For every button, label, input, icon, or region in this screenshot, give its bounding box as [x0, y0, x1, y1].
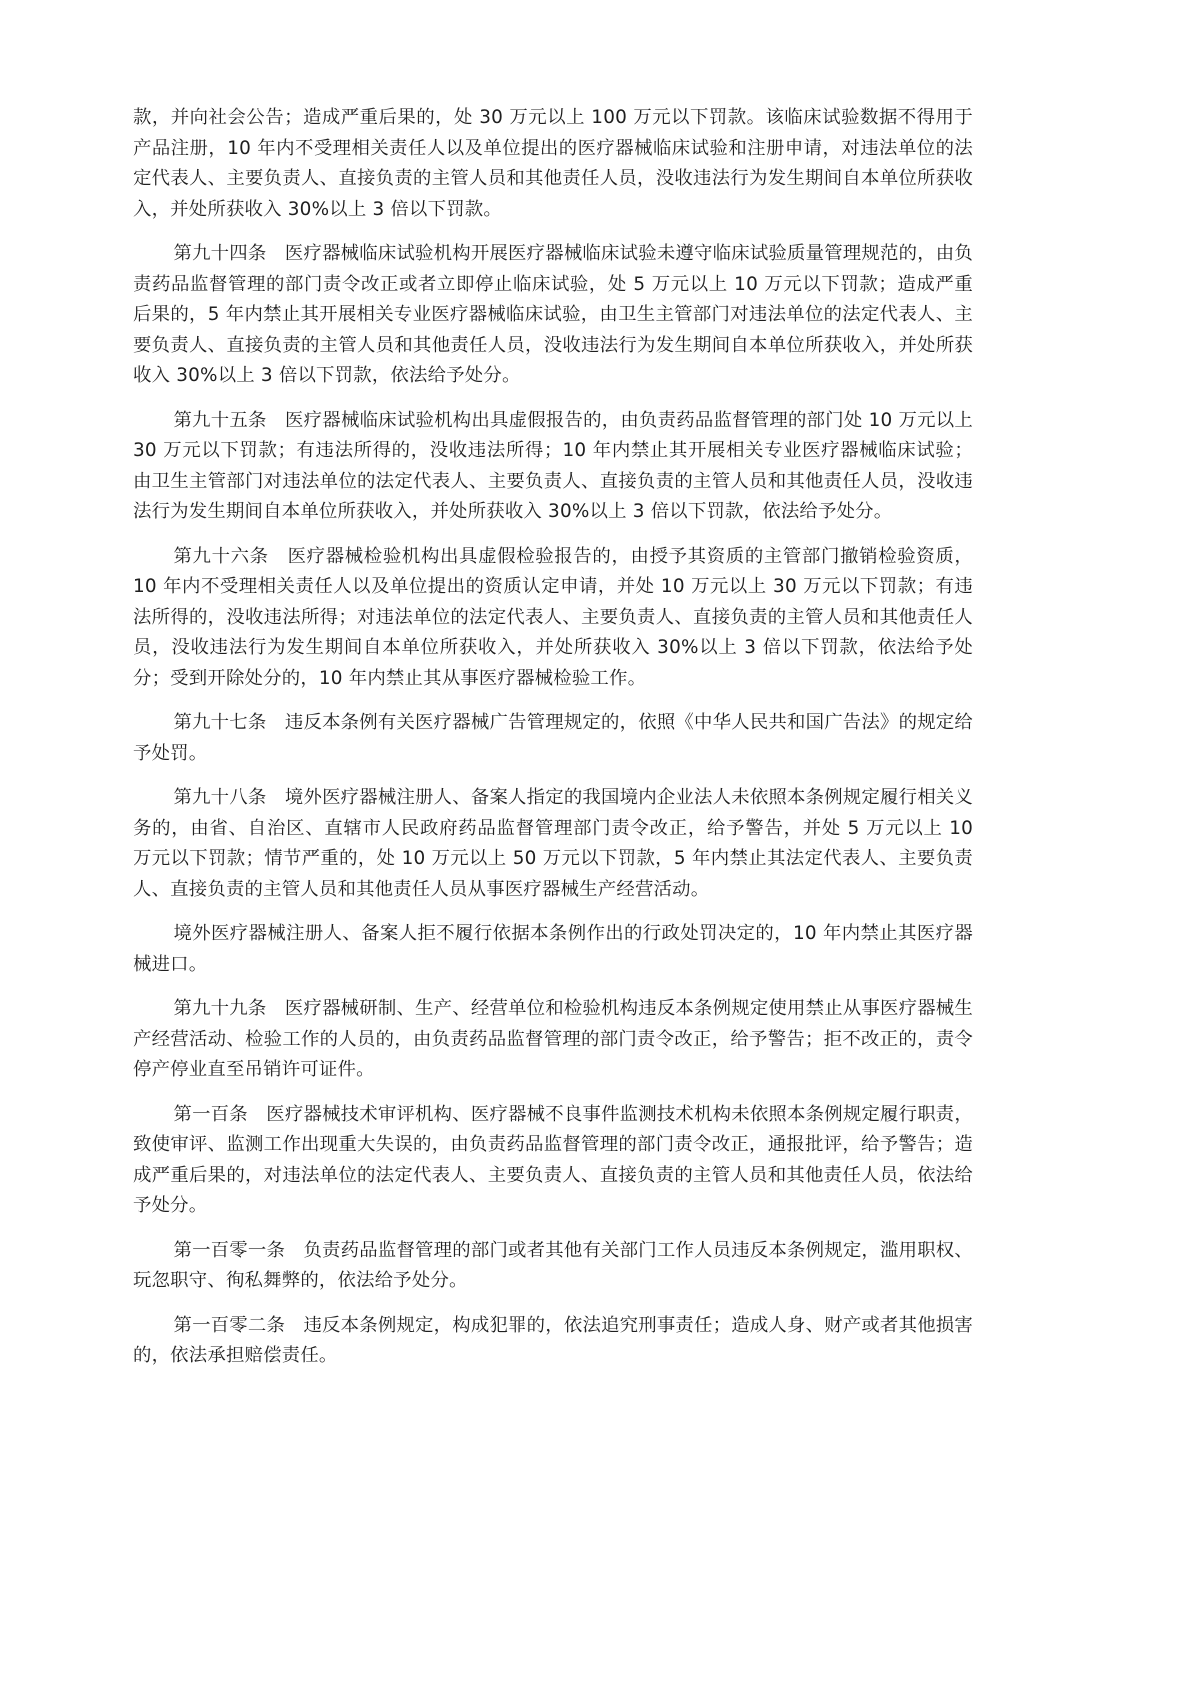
article-97: 第九十七条违反本条例有关医疗器械广告管理规定的，依照《中华人民共和国广告法》的规…: [133, 708, 973, 769]
paragraph-text: 医疗器械临床试验机构开展医疗器械临床试验未遵守临床试验质量管理规范的，由负责药品…: [133, 243, 973, 386]
article-100: 第一百条医疗器械技术审评机构、医疗器械不良事件监测技术机构未依照本条例规定履行职…: [133, 1100, 973, 1222]
article-101: 第一百零一条负责药品监督管理的部门或者其他有关部门工作人员违反本条例规定，滥用职…: [133, 1236, 973, 1297]
article-number: 第一百零二条: [173, 1315, 285, 1336]
article-96: 第九十六条医疗器械检验机构出具虚假检验报告的，由授予其资质的主管部门撤销检验资质…: [133, 542, 973, 695]
document-page: 款，并向社会公告；造成严重后果的，处 30 万元以上 100 万元以下罚款。该临…: [133, 103, 973, 1386]
paragraph-text: 医疗器械技术审评机构、医疗器械不良事件监测技术机构未依照本条例规定履行职责，致使…: [133, 1104, 973, 1217]
article-number: 第九十五条: [173, 410, 266, 431]
article-102: 第一百零二条违反本条例规定，构成犯罪的，依法追究刑事责任；造成人身、财产或者其他…: [133, 1311, 973, 1372]
article-number: 第一百零一条: [173, 1240, 285, 1261]
article-94: 第九十四条医疗器械临床试验机构开展医疗器械临床试验未遵守临床试验质量管理规范的，…: [133, 239, 973, 392]
article-number: 第九十四条: [173, 243, 266, 264]
article-98: 第九十八条境外医疗器械注册人、备案人指定的我国境内企业法人未依照本条例规定履行相…: [133, 783, 973, 905]
paragraph-text: 境外医疗器械注册人、备案人拒不履行依据本条例作出的行政处罚决定的，10 年内禁止…: [133, 923, 973, 975]
article-95: 第九十五条医疗器械临床试验机构出具虚假报告的，由负责药品监督管理的部门处 10 …: [133, 406, 973, 528]
article-number: 第九十六条: [173, 546, 268, 567]
article-number: 第一百条: [173, 1104, 247, 1125]
paragraph-continuation: 款，并向社会公告；造成严重后果的，处 30 万元以上 100 万元以下罚款。该临…: [133, 103, 973, 225]
article-99: 第九十九条医疗器械研制、生产、经营单位和检验机构违反本条例规定使用禁止从事医疗器…: [133, 994, 973, 1086]
article-number: 第九十七条: [173, 712, 266, 733]
paragraph-text: 款，并向社会公告；造成严重后果的，处 30 万元以上 100 万元以下罚款。该临…: [133, 107, 973, 220]
article-number: 第九十九条: [173, 998, 266, 1019]
article-98-clause-2: 境外医疗器械注册人、备案人拒不履行依据本条例作出的行政处罚决定的，10 年内禁止…: [133, 919, 973, 980]
article-number: 第九十八条: [173, 787, 266, 808]
